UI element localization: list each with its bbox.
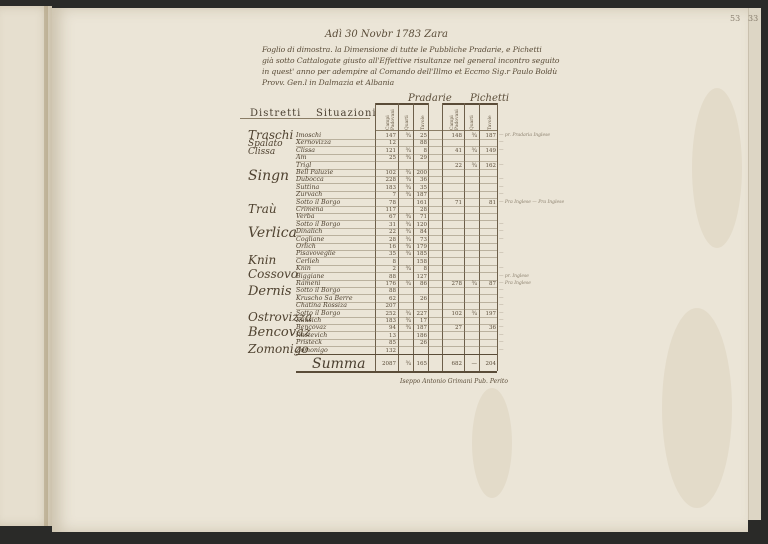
cell-p-quarti: ¾	[399, 237, 411, 243]
cell-p-quarti: ¾	[399, 177, 411, 183]
station-name: Crimena	[296, 206, 323, 213]
cell-p-tavole: 179	[414, 244, 427, 250]
cell-c-tavole: 197	[480, 311, 496, 317]
margin-note: —	[499, 348, 504, 353]
cell-p-campi: 183	[376, 318, 396, 324]
cell-p-tavole: 28	[414, 207, 427, 213]
district-label: Dernis	[248, 284, 292, 299]
cell-p-campi: 8	[376, 259, 396, 265]
cell-p-campi: 88	[376, 288, 396, 294]
cell-p-quarti: ¾	[399, 244, 411, 250]
margin-note: —	[499, 237, 504, 242]
station-name: Dinalich	[296, 228, 322, 235]
paper-stain	[472, 388, 512, 498]
margin-note: —	[499, 222, 504, 227]
margin-note: —	[499, 266, 504, 271]
cell-p-quarti: ¾	[399, 266, 411, 272]
cell-p-campi: 12	[376, 140, 396, 146]
column-header-pradarie-tavole: Tavole	[421, 106, 426, 130]
station-name: Sotto il Borgo	[296, 221, 340, 228]
station-name: Bell Paluzie	[296, 169, 333, 176]
cell-p-tavole: 186	[414, 333, 427, 339]
cell-p-quarti: ¾	[399, 185, 411, 191]
district-label: Clissa	[248, 147, 275, 157]
margin-note: —	[499, 148, 504, 153]
margin-note: —	[499, 333, 504, 338]
margin-note: —	[499, 192, 504, 197]
cell-p-tavole: 127	[414, 274, 427, 280]
cell-p-quarti: ¾	[399, 155, 411, 161]
district-label: Traù	[248, 202, 277, 216]
paper-stain	[662, 308, 732, 508]
cell-p-quarti: ¾	[399, 133, 411, 139]
row-rule	[296, 317, 497, 318]
district-label: Knin	[248, 253, 276, 267]
station-name: Rameni	[296, 280, 320, 287]
cell-p-tavole: 187	[414, 325, 427, 331]
cell-p-campi: 207	[376, 303, 396, 309]
station-name: Sotto il Borgo	[296, 199, 340, 206]
document-title: Adì 30 Novbr 1783 Zara	[325, 29, 448, 40]
margin-note: —	[499, 311, 504, 316]
margin-note: —	[499, 303, 504, 308]
cell-p-tavole: 8	[414, 266, 427, 272]
cell-p-tavole: 26	[414, 296, 427, 302]
station-name: Xernovizza	[296, 139, 331, 146]
folio-number: 33	[748, 14, 758, 23]
cell-p-campi: 67	[376, 214, 396, 220]
total-pradarie-campi: 2087	[376, 361, 396, 367]
cell-p-campi: 28	[376, 237, 396, 243]
station-name: Verba	[296, 213, 315, 220]
cell-p-tavole: 161	[414, 200, 427, 206]
cell-p-tavole: 25	[414, 133, 427, 139]
margin-note: — pr. Pradaria Inglese	[499, 133, 550, 138]
header-underline	[240, 118, 370, 119]
margin-note: — Pra Inglese	[499, 281, 531, 286]
cell-p-quarti: ¾	[399, 170, 411, 176]
pichetti-bracket	[442, 103, 497, 105]
station-name: Bencovaz	[296, 324, 326, 331]
cell-p-quarti: ¾	[399, 251, 411, 257]
table-vline	[497, 103, 498, 371]
cell-p-campi: 31	[376, 222, 396, 228]
cell-p-tavole: 84	[414, 229, 427, 235]
cell-c-tavole: 149	[480, 148, 496, 154]
row-rule	[296, 183, 497, 184]
cell-p-quarti: ¾	[399, 281, 411, 287]
column-header-pradarie-quarti: Quarti	[405, 106, 410, 130]
cell-p-tavole: 185	[414, 251, 427, 257]
row-rule	[296, 176, 497, 177]
cell-p-quarti: ¾	[399, 325, 411, 331]
margin-note: —	[499, 288, 504, 293]
station-name: Knin	[296, 265, 311, 272]
cell-p-campi: 94	[376, 325, 396, 331]
cell-c-campi: 27	[443, 325, 462, 331]
margin-note: —	[499, 340, 504, 345]
cell-c-quarti: ¾	[465, 281, 477, 287]
station-name: Cogliane	[296, 236, 324, 243]
cell-p-campi: 25	[376, 155, 396, 161]
cell-c-tavole: 87	[480, 281, 496, 287]
cell-p-campi: 13	[376, 333, 396, 339]
cell-c-campi: 22	[443, 163, 462, 169]
cell-p-campi: 85	[376, 340, 396, 346]
intro-line: in quest' anno per adempire al Comando d…	[262, 67, 557, 76]
row-rule	[296, 243, 497, 244]
signature: Iseppo Antonio Grimani Pub. Perito	[400, 378, 508, 385]
row-rule	[296, 213, 497, 214]
total-pradarie-tavole: 165	[414, 361, 427, 367]
margin-note: —	[499, 318, 504, 323]
cell-p-quarti: ¾	[399, 148, 411, 154]
column-header-pradarie-campi: Campi Padovani	[386, 106, 396, 130]
cell-c-tavole: 36	[480, 325, 496, 331]
cell-p-tavole: 71	[414, 214, 427, 220]
margin-note: —	[499, 140, 504, 145]
district-label: Cossovo	[248, 267, 298, 281]
station-name: Clissa	[296, 147, 315, 154]
cell-p-campi: 78	[376, 200, 396, 206]
intro-line: Foglio di dimostra. la Dimensione di tut…	[262, 45, 542, 54]
cell-p-tavole: 187	[414, 192, 427, 198]
station-name: Pristeck	[296, 339, 322, 346]
row-rule	[296, 235, 497, 236]
cell-c-quarti: ¾	[465, 163, 477, 169]
cell-p-quarti: ¾	[399, 214, 411, 220]
row-rule	[296, 272, 497, 273]
cell-p-campi: 147	[376, 133, 396, 139]
cell-p-tavole: 26	[414, 340, 427, 346]
margin-note: —	[499, 177, 504, 182]
station-name: Sotto il Borgo	[296, 287, 340, 294]
station-name: Rastevich	[296, 332, 327, 339]
station-name: Am	[296, 154, 307, 161]
margin-note: — Pra Inglese — Pra Inglese	[499, 200, 564, 205]
cell-p-campi: 132	[376, 348, 396, 354]
row-rule	[296, 206, 497, 207]
cell-p-quarti: ¾	[399, 229, 411, 235]
cell-p-tavole: 86	[414, 281, 427, 287]
intro-line: già sotto Cattalogate giusto all'Effetti…	[262, 56, 559, 65]
station-name: Sotto il Borgo	[296, 310, 340, 317]
station-name: Imoschi	[296, 132, 321, 139]
cell-c-campi: 71	[443, 200, 462, 206]
cell-p-campi: 7	[376, 192, 396, 198]
margin-note: — pr. Inglese	[499, 274, 529, 279]
cell-p-campi: 35	[376, 251, 396, 257]
total-pichetti-campi: 682	[443, 361, 462, 367]
cell-c-tavole: 81	[480, 200, 496, 206]
page-edge	[748, 8, 761, 520]
cell-p-tavole: 17	[414, 318, 427, 324]
station-name: Trigl	[296, 162, 311, 169]
column-header-pichetti-campi: Campi Padovani	[450, 106, 460, 130]
total-label: Summa	[312, 356, 366, 372]
total-pradarie-quarti: ¾	[399, 361, 411, 367]
cell-c-tavole: 162	[480, 163, 496, 169]
cell-c-campi: 278	[443, 281, 462, 287]
cell-p-quarti: ¾	[399, 192, 411, 198]
cell-p-campi: 22	[376, 229, 396, 235]
margin-note: —	[499, 185, 504, 190]
cell-c-quarti: ¾	[465, 148, 477, 154]
cell-p-tavole: 35	[414, 185, 427, 191]
book-gutter	[44, 6, 48, 526]
cell-c-campi: 102	[443, 311, 462, 317]
cell-p-quarti: ¾	[399, 222, 411, 228]
station-name: Kausich	[296, 317, 321, 324]
cell-p-campi: 176	[376, 281, 396, 287]
cell-p-tavole: 120	[414, 222, 427, 228]
paper-stain	[692, 88, 742, 248]
row-rule	[296, 154, 497, 155]
cell-p-campi: 16	[376, 244, 396, 250]
cell-p-tavole: 36	[414, 177, 427, 183]
station-name: Suttina	[296, 184, 319, 191]
total-pichetti-quarti: —	[465, 361, 477, 367]
row-rule	[296, 257, 497, 258]
total-top-rule	[296, 354, 497, 355]
total-pichetti-tavole: 204	[480, 361, 496, 367]
cell-p-campi: 88	[376, 274, 396, 280]
cell-p-campi: 183	[376, 185, 396, 191]
margin-note: —	[499, 251, 504, 256]
station-name: Cerlieh	[296, 258, 319, 265]
column-header-pichetti-tavole: Tavole	[488, 106, 493, 130]
cell-p-tavole: 8	[414, 148, 427, 154]
margin-note: —	[499, 163, 504, 168]
cell-c-quarti: ¾	[465, 311, 477, 317]
intro-line: Provv. Gen.l in Dalmazia et Albania	[262, 78, 394, 87]
station-name: Zomonigo	[296, 347, 328, 354]
column-header-pichetti-quarti: Quarti	[470, 106, 475, 130]
district-label: Singn	[248, 168, 289, 184]
folio-number: 53	[730, 14, 740, 23]
margin-note: —	[499, 229, 504, 234]
margin-note: —	[499, 296, 504, 301]
margin-note: —	[499, 325, 504, 330]
cell-p-tavole: 73	[414, 237, 427, 243]
cell-c-campi: 41	[443, 148, 462, 154]
cell-c-tavole: 187	[480, 133, 496, 139]
station-name: Zurvach	[296, 191, 322, 198]
row-rule	[296, 339, 497, 340]
cell-p-campi: 117	[376, 207, 396, 213]
cell-p-tavole: 88	[414, 140, 427, 146]
row-rule	[296, 228, 497, 229]
station-name: Kruscho Sa Berre	[296, 295, 353, 302]
station-name: Orlich	[296, 243, 316, 250]
cell-p-campi: 102	[376, 170, 396, 176]
cell-c-quarti: ¾	[465, 133, 477, 139]
total-bottom-rule	[296, 371, 497, 373]
cell-p-quarti: ¾	[399, 311, 411, 317]
cell-c-campi: 148	[443, 133, 462, 139]
row-rule	[296, 191, 497, 192]
cell-p-tavole: 29	[414, 155, 427, 161]
cell-p-campi: 121	[376, 148, 396, 154]
station-name: Chatina Rossiza	[296, 302, 347, 309]
station-name: Biggiane	[296, 273, 324, 280]
station-name: Dubocca	[296, 176, 324, 183]
station-name: Pisavoveglie	[296, 250, 336, 257]
cell-p-campi: 2	[376, 266, 396, 272]
cell-p-tavole: 158	[414, 259, 427, 265]
cell-p-campi: 62	[376, 296, 396, 302]
row-rule	[296, 265, 497, 266]
cell-p-tavole: 227	[414, 311, 427, 317]
district-label: Verlica	[248, 225, 297, 241]
cell-p-quarti: ¾	[399, 318, 411, 324]
cell-p-campi: 228	[376, 177, 396, 183]
cell-p-tavole: 200	[414, 170, 427, 176]
cell-p-campi: 252	[376, 311, 396, 317]
pradarie-bracket	[375, 103, 428, 105]
